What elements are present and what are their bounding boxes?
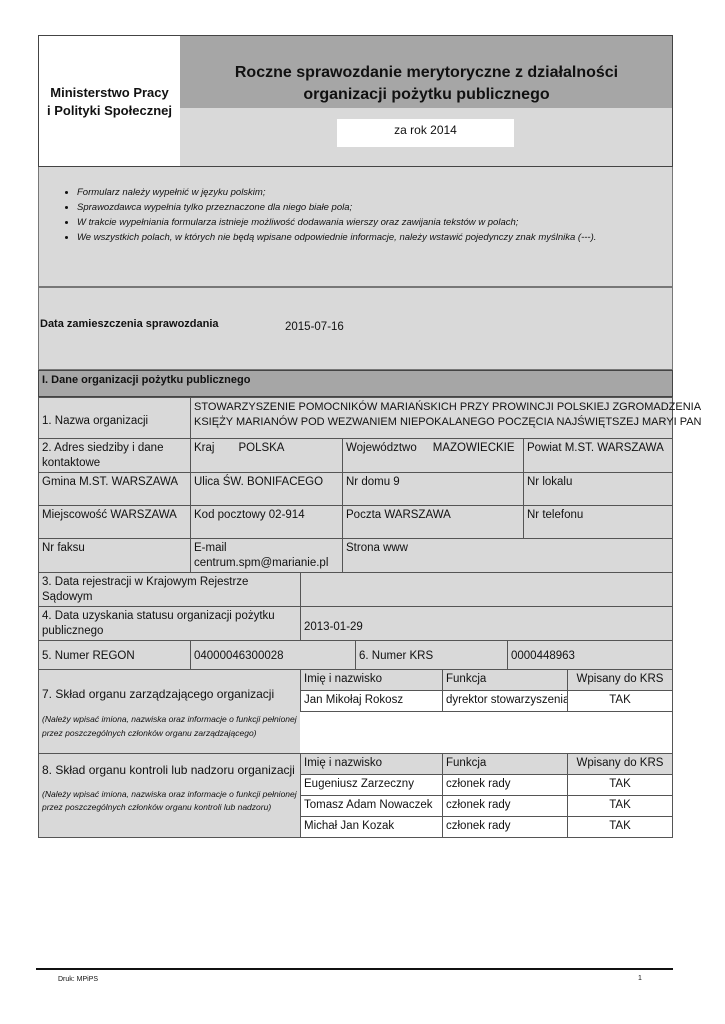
ministry-name-line1: Ministerstwo Pracy: [39, 84, 180, 102]
year-label: za rok 2014: [394, 123, 457, 137]
control-header-function: Funkcja: [442, 753, 568, 775]
commune-field[interactable]: Gmina M.ST. WARSZAWA: [38, 472, 191, 506]
board-member-function[interactable]: dyrektor stowarzyszenia: [442, 690, 568, 712]
footer-divider: [36, 968, 673, 970]
instructions-list: Formularz należy wypełnić w języku polsk…: [39, 185, 672, 245]
ministry-name-line2: i Polityki Społecznej: [39, 102, 180, 120]
control-note: (Należy wpisać imiona, nazwiska oraz inf…: [42, 788, 297, 814]
website-field[interactable]: Strona www: [342, 538, 673, 573]
year-field[interactable]: za rok 2014: [337, 119, 514, 147]
house-number-field[interactable]: Nr domu 9: [342, 472, 524, 506]
postal-code-field[interactable]: Kod pocztowy 02-914: [190, 505, 343, 539]
krs-label: 6. Numer KRS: [355, 640, 508, 670]
control-label: 8. Skład organu kontroli lub nadzoru org…: [42, 763, 297, 778]
control-header-name: Imię i nazwisko: [300, 753, 443, 775]
opp-status-label: 4. Data uzyskania statusu organizacji po…: [38, 606, 301, 641]
city-field[interactable]: Miejscowość WARSZAWA: [38, 505, 191, 539]
post-office-field[interactable]: Poczta WARSZAWA: [342, 505, 524, 539]
instruction-item: Sprawozdawca wypełnia tylko przeznaczone…: [77, 200, 672, 215]
instruction-item: Formularz należy wypełnić w języku polsk…: [77, 185, 672, 200]
control-header-krs: Wpisany do KRS: [567, 753, 673, 775]
board-header-krs: Wpisany do KRS: [567, 669, 673, 691]
section1-title: I. Dane organizacji pożytku publicznego: [38, 370, 673, 397]
board-member-name[interactable]: Jan Mikołaj Rokosz: [300, 690, 443, 712]
voivodeship-field[interactable]: WojewództwoMAZOWIECKIE: [342, 438, 524, 473]
country-field[interactable]: KrajPOLSKA: [190, 438, 343, 473]
footer-page-number: 1: [638, 975, 642, 982]
phone-field[interactable]: Nr telefonu: [523, 505, 673, 539]
report-title-line2: organizacji pożytku publicznego: [180, 84, 673, 106]
org-name-value[interactable]: STOWARZYSZENIE POMOCNIKÓW MARIAŃSKICH PR…: [190, 397, 673, 439]
board-note: (Należy wpisać imiona, nazwiska oraz inf…: [42, 712, 297, 740]
control-label-box: 8. Skład organu kontroli lub nadzoru org…: [38, 753, 301, 838]
instructions-box: Formularz należy wypełnić w języku polsk…: [38, 167, 673, 287]
regon-label: 5. Numer REGON: [38, 640, 191, 670]
krs-registration-value[interactable]: [300, 572, 673, 607]
address-label: 2. Adres siedziby i dane kontaktowe: [38, 438, 191, 473]
publication-date-label: Data zamieszczenia sprawozdania: [40, 318, 219, 330]
control-member-name[interactable]: Tomasz Adam Nowaczek: [300, 795, 443, 817]
control-member-function[interactable]: członek rady: [442, 816, 568, 838]
krs-registration-label: 3. Data rejestracji w Krajowym Rejestrze…: [38, 572, 301, 607]
board-label-box: 7. Skład organu zarządzającego organizac…: [38, 669, 301, 754]
org-name-label: 1. Nazwa organizacji: [38, 397, 191, 439]
control-member-function[interactable]: członek rady: [442, 795, 568, 817]
opp-status-value[interactable]: 2013-01-29: [300, 606, 673, 641]
board-label: 7. Skład organu zarządzającego organizac…: [42, 687, 297, 702]
control-member-name[interactable]: Michał Jan Kozak: [300, 816, 443, 838]
regon-value[interactable]: 04000046300028: [190, 640, 356, 670]
street-field[interactable]: Ulica ŚW. BONIFACEGO: [190, 472, 343, 506]
report-title-line1: Roczne sprawozdanie merytoryczne z dział…: [180, 62, 673, 84]
footer-print-label: Druk: MPiPS: [58, 976, 98, 983]
control-member-krs[interactable]: TAK: [567, 816, 673, 838]
ministry-box: Ministerstwo Pracy i Polityki Społecznej: [38, 35, 181, 167]
control-member-name[interactable]: Eugeniusz Zarzeczny: [300, 774, 443, 796]
apartment-number-field[interactable]: Nr lokalu: [523, 472, 673, 506]
county-field[interactable]: Powiat M.ST. WARSZAWA: [523, 438, 673, 473]
board-member-krs[interactable]: TAK: [567, 690, 673, 712]
title-box: Roczne sprawozdanie merytoryczne z dział…: [180, 35, 673, 108]
board-header-name: Imię i nazwisko: [300, 669, 443, 691]
control-member-krs[interactable]: TAK: [567, 795, 673, 817]
krs-value[interactable]: 0000448963: [507, 640, 673, 670]
control-member-krs[interactable]: TAK: [567, 774, 673, 796]
email-field[interactable]: E-mail centrum.spm@marianie.pl: [190, 538, 343, 573]
publication-date-value: 2015-07-16: [285, 321, 344, 333]
control-member-function[interactable]: członek rady: [442, 774, 568, 796]
instruction-item: We wszystkich polach, w których nie będą…: [77, 230, 672, 245]
instruction-item: W trakcie wypełniania formularza istniej…: [77, 215, 672, 230]
fax-field[interactable]: Nr faksu: [38, 538, 191, 573]
board-header-function: Funkcja: [442, 669, 568, 691]
